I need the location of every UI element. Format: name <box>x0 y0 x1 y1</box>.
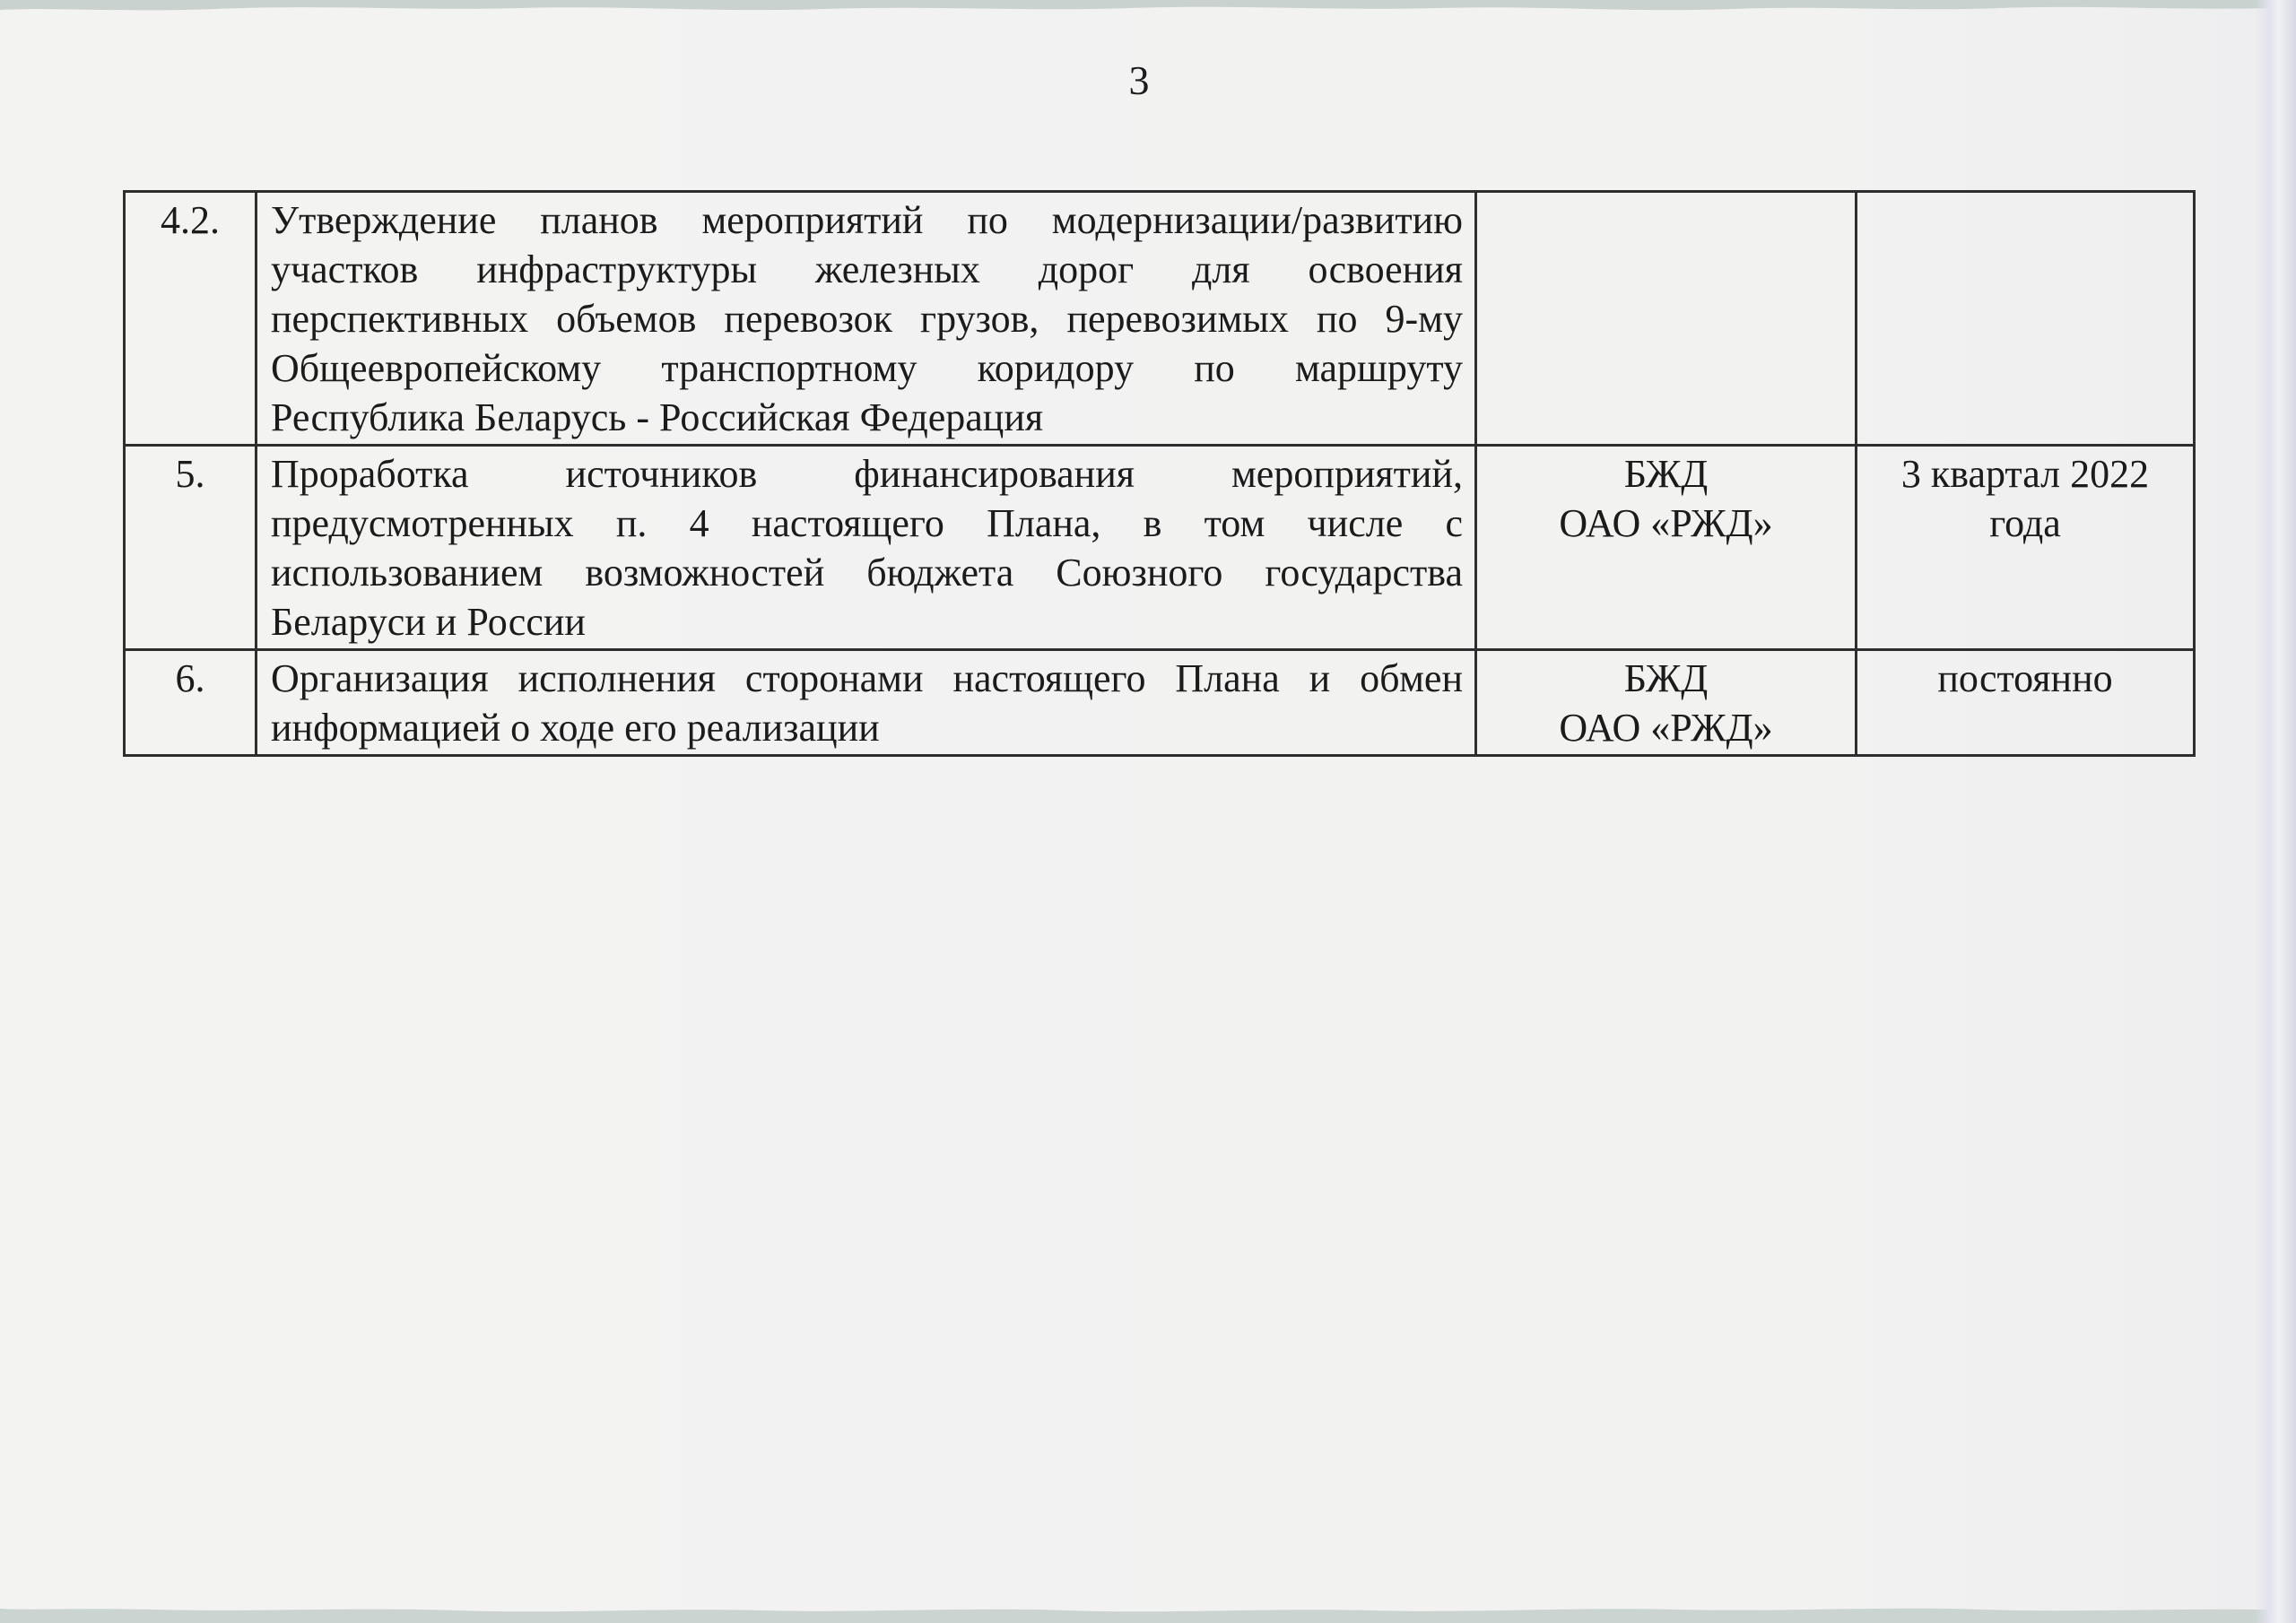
scan-edge-bottom <box>0 1600 2296 1623</box>
row-number-cell: 4.2. <box>125 192 257 446</box>
scan-edge-right-shadow <box>2255 0 2296 1623</box>
responsible-cell: БЖДОАО «РЖД» <box>1476 446 1857 650</box>
scan-edge-top <box>0 0 2296 20</box>
activity-cell: Утверждение планов мероприятий по модерн… <box>257 192 1476 446</box>
row-number-cell: 5. <box>125 446 257 650</box>
table-row: 4.2. Утверждение планов мероприятий по м… <box>125 192 2195 446</box>
page-number: 3 <box>1103 57 1175 104</box>
row-number-cell: 6. <box>125 650 257 756</box>
deadline-cell <box>1857 192 2195 446</box>
scanned-page: 3 4.2. Утверждение планов мероприятий по… <box>0 0 2296 1623</box>
activity-cell: Проработка источников финансирования мер… <box>257 446 1476 650</box>
table-row: 5. Проработка источников финансирования … <box>125 446 2195 650</box>
responsible-cell: БЖДОАО «РЖД» <box>1476 650 1857 756</box>
deadline-cell: постоянно <box>1857 650 2195 756</box>
responsible-cell <box>1476 192 1857 446</box>
activity-cell: Организация исполнения сторонами настоящ… <box>257 650 1476 756</box>
deadline-cell: 3 квартал 2022года <box>1857 446 2195 650</box>
table-row: 6. Организация исполнения сторонами наст… <box>125 650 2195 756</box>
plan-table: 4.2. Утверждение планов мероприятий по м… <box>123 190 2196 757</box>
